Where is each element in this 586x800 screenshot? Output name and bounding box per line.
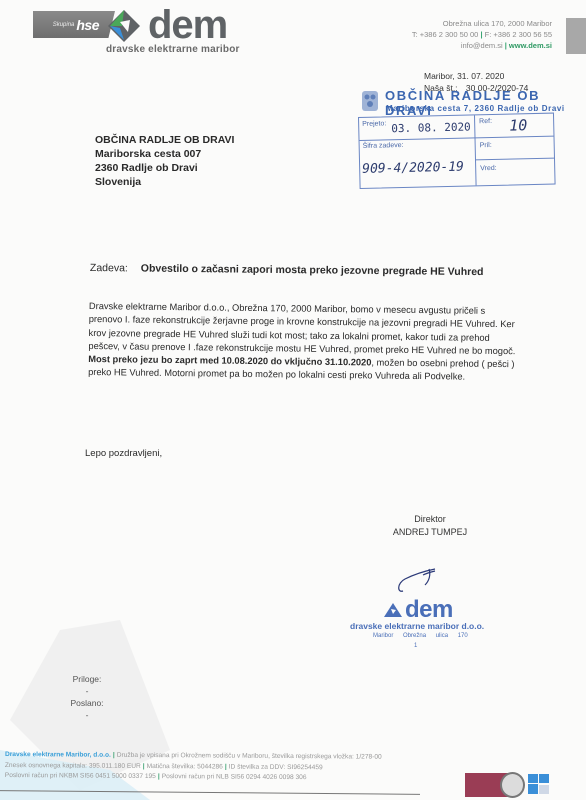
ref-label: Ref: — [479, 118, 492, 125]
received-label: Prejeto: — [362, 120, 386, 128]
sent-value: - — [62, 709, 112, 721]
greeting: Lepo pozdravljeni, — [85, 448, 162, 459]
body-closure-dates: Most preko jezu bo zaprt med 10.08.2020 … — [88, 354, 371, 367]
footer-registration: Družba je vpisana pri Okrožnem sodišču v… — [117, 752, 382, 761]
attachments-label: Pril: — [480, 142, 492, 149]
subject-line: Zadeva: Obvestilo o začasni zapori mosta… — [90, 262, 484, 278]
footer-vat: ID številka za DDV: SI96254459 — [229, 763, 323, 771]
footer-company: Dravske elektrarne Maribor, d.o.o. — [5, 751, 111, 759]
received-date: 03. 08. 2020 — [391, 120, 471, 135]
recipient-street: Mariborska cesta 007 — [95, 147, 234, 161]
signatory-name: ANDREJ TUMPEJ — [380, 526, 480, 539]
group-brand: hse — [76, 17, 99, 33]
company-logo-text: dem — [148, 5, 227, 45]
signatory-title: Direktor — [380, 513, 480, 526]
footer-reg-number: Matična številka: 5044286 — [147, 762, 223, 770]
certification-logo-icon — [528, 772, 550, 796]
signatory-block: Direktor ANDREJ TUMPEJ — [380, 513, 480, 539]
footer-account-nkbm: Poslovni račun pri NKBM SI56 0451 5000 0… — [5, 772, 156, 780]
recipient-address: OBČINA RADLJE OB DRAVI Mariborska cesta … — [95, 133, 234, 189]
letter-body: Dravske elektrarne Maribor d.o.o., Obrež… — [88, 300, 519, 385]
group-label: Skupina — [53, 22, 75, 28]
company-stamp-number: 1 — [414, 643, 417, 649]
certification-seal-icon — [500, 772, 525, 798]
recipient-country: Slovenija — [95, 175, 234, 189]
company-stamp-street: Obrežna ulica 170 — [403, 633, 468, 639]
contact-address: Obrežna ulica 170, 2000 Maribor — [412, 18, 552, 29]
header-gray-block — [566, 18, 586, 54]
company-tagline: dravske elektrarne maribor — [106, 44, 240, 55]
contact-block: Obrežna ulica 170, 2000 Maribor T: +386 … — [412, 18, 552, 51]
footer-divider — [0, 790, 420, 795]
municipality-crest-icon — [360, 90, 380, 112]
subject-text: Obvestilo o začasni zapori mosta preko j… — [141, 263, 484, 279]
sent-label: Poslano: — [62, 697, 112, 709]
company-stamp-address: Maribor Obrežna ulica 170 — [373, 633, 468, 639]
separator: | — [480, 30, 482, 39]
contact-fax: F: +386 2 300 56 55 — [485, 30, 552, 39]
attachments-value: - — [62, 685, 112, 697]
value-label: Vred: — [480, 165, 497, 172]
company-stamp-logo-text: dem — [405, 596, 453, 624]
company-stamp-name: dravske elektrarne maribor d.o.o. — [350, 621, 484, 631]
company-stamp-city: Maribor — [373, 633, 393, 639]
case-code-label: Šifra zadeve: — [363, 142, 404, 150]
attachments-label: Priloge: — [62, 673, 112, 685]
handwritten-signature — [395, 565, 445, 595]
attachments-block: Priloge: - Poslano: - — [62, 673, 112, 721]
footer-capital: Znesek osnovnega kapitala: 395.011.180 E… — [5, 761, 141, 769]
hse-group-banner: Skupina hse — [33, 11, 115, 38]
place-date: Maribor, 31. 07. 2020 — [424, 70, 528, 82]
footer-account-nlb: Poslovni račun pri NLB SI56 0294 4026 00… — [162, 773, 307, 781]
subject-label: Zadeva: — [90, 262, 128, 274]
contact-email[interactable]: info@dem.si — [461, 41, 503, 50]
contact-website[interactable]: www.dem.si — [509, 41, 552, 50]
body-text-1: Dravske elektrarne Maribor d.o.o., Obrež… — [88, 301, 515, 356]
separator: | — [505, 41, 507, 50]
ref-value: 10 — [509, 116, 527, 134]
recipient-city: 2360 Radlje ob Dravi — [95, 161, 234, 175]
company-stamp-logo-icon — [383, 602, 403, 620]
footer-legal-info: Dravske elektrarne Maribor, d.o.o.|Družb… — [5, 750, 382, 784]
dem-logo-icon — [106, 8, 142, 44]
stamp-address: Mariborska cesta 7, 2360 Radlje ob Dravi — [386, 104, 565, 113]
recipient-name: OBČINA RADLJE OB DRAVI — [95, 133, 234, 147]
case-code-value: 909-4/2020-19 — [362, 160, 464, 177]
received-stamp-box: Prejeto: 03. 08. 2020 Ref: 10 Šifra zade… — [358, 113, 556, 189]
contact-phone: T: +386 2 300 50 00 — [412, 30, 479, 39]
